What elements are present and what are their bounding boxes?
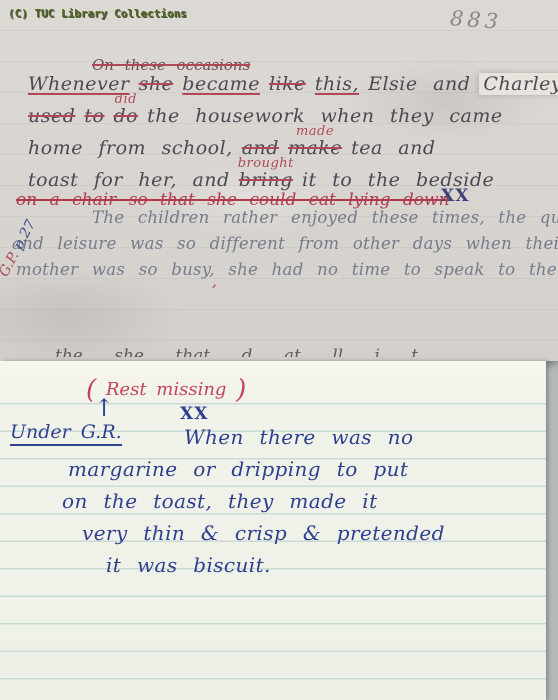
word-segment: dodid (113, 105, 138, 127)
paragraph2-line-3: mother was so busy, she had no time to s… (16, 260, 558, 279)
paragraph2-line-2: and leisure was so different from other … (12, 234, 558, 253)
page-number: 883 (449, 6, 503, 34)
struck-insertion-on-these-occasions: On these occasions (92, 56, 250, 74)
copyright-watermark: (C) TUC Library Collections (8, 7, 187, 20)
paragraph2-line-1: The children rather enjoyed these times,… (92, 208, 558, 227)
manuscript-sheet: (C) TUC Library Collections 883 On these… (0, 0, 558, 361)
rest-missing-text: Rest missing (96, 379, 236, 400)
word-segment: like (269, 73, 306, 95)
photographed-manuscript-page: (C) TUC Library Collections 883 On these… (0, 0, 558, 700)
card-line-5: it was biscuit. (106, 553, 271, 577)
word-segment: she (139, 73, 174, 95)
up-arrow-mark: ↑ (94, 394, 114, 422)
card-line-1: When there was no (184, 425, 413, 449)
word-segment: Charley- (479, 73, 558, 95)
word-segment: became (182, 73, 260, 95)
word-segment: Elsie and (368, 73, 470, 95)
red-comma-caret: , (212, 272, 217, 290)
word-segment: to (84, 105, 104, 127)
manuscript-line-1: Whenevershebecamelikethis,Elsie andCharl… (28, 73, 558, 95)
word-segment: home from school, (28, 137, 233, 159)
manuscript-line-2: usedtododidthe housework when they came (28, 105, 512, 127)
red-struck-line: on a chair so that she could eat lying d… (16, 190, 450, 210)
word-segment: this, (315, 73, 359, 95)
manuscript-line-3: home from school,andmakemadetea and (28, 137, 445, 159)
word-segment: toast for her, and (28, 169, 230, 191)
card-line-2: margarine or dripping to put (68, 457, 408, 481)
word-segment: makemade (288, 137, 342, 159)
xx-mark-card: XX (180, 404, 208, 424)
clipped-line-fragment: the she that d at ll i t (55, 346, 525, 357)
manuscript-line-4: toast for her, andbringbroughtit to the … (28, 169, 503, 191)
word-segment: bringbrought (239, 169, 293, 191)
rest-missing-close-paren: ) (236, 375, 246, 405)
red-insertion-word: made (296, 124, 334, 139)
card-line-4: very thin & crisp & pretended (82, 521, 445, 545)
word-segment: tea and (351, 137, 435, 159)
under-gr-label: Under G.R. (10, 421, 122, 446)
xx-mark-sheet: XX (441, 186, 469, 206)
red-insertion-word: did (115, 92, 137, 107)
red-insertion-word: brought (238, 156, 294, 171)
word-segment: used (28, 105, 75, 127)
card-line-3: on the toast, they made it (62, 489, 378, 513)
